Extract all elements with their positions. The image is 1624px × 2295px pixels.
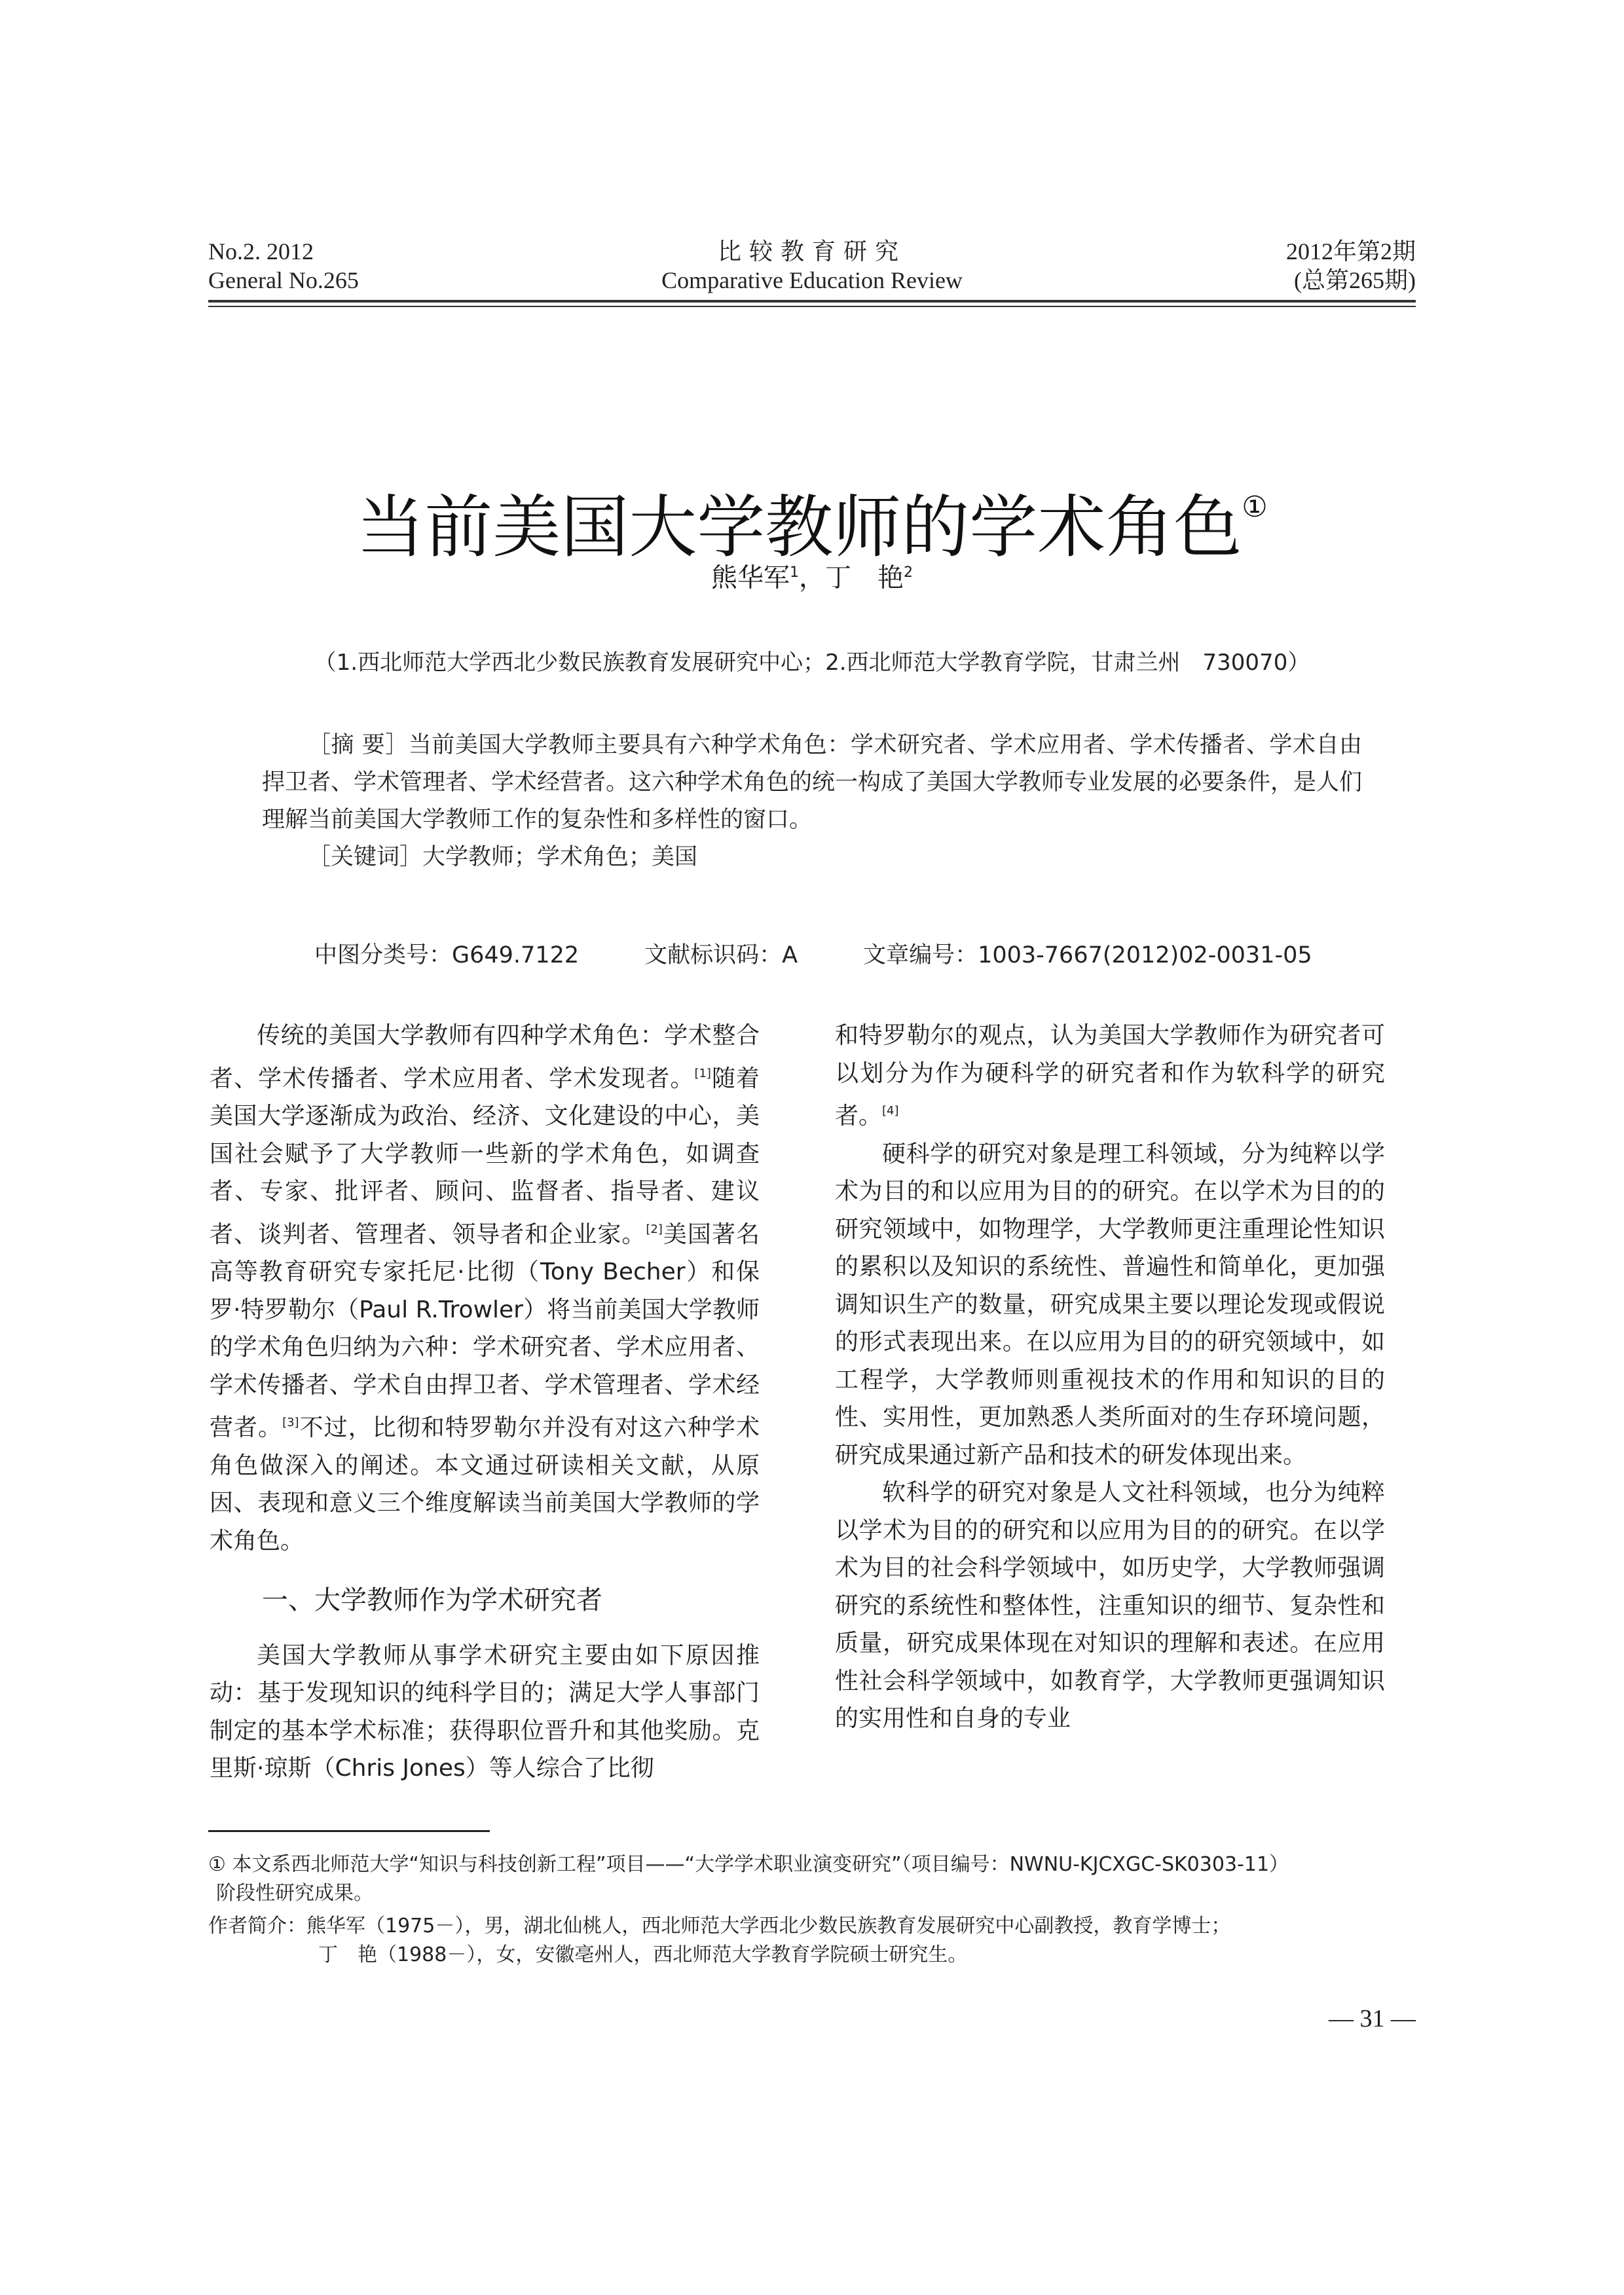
intro-paragraph: 传统的美国大学教师有四种学术角色：学术整合者、学术传播者、学术应用者、学术发现者… [210,1017,760,1560]
citation-ref: [2] [646,1222,663,1236]
abstract: ［摘 要］当前美国大学教师主要具有六种学术角色：学术研究者、学术应用者、学术传播… [262,727,1362,839]
keywords-text: 大学教师；学术角色；美国 [422,844,697,870]
abstract-label: ［摘 要］ [308,732,409,758]
article-number: 文章编号：1003-7667(2012)02-0031-05 [863,942,1312,968]
document-code: 文献标识码：A [644,942,798,968]
affiliation-mark: 2 [904,564,913,581]
section-heading: 一、大学教师作为学术研究者 [210,1582,760,1620]
clc-number: 中图分类号：G649.7122 [314,942,579,968]
footnote-rule [208,1830,490,1832]
body-paragraph: 美国大学教师从事学术研究主要由如下原因推动：基于发现知识的纯科学目的；满足大学人… [210,1637,760,1788]
abstract-text: 当前美国大学教师主要具有六种学术角色：学术研究者、学术应用者、学术传播者、学术自… [262,732,1362,833]
body-column-left: 传统的美国大学教师有四种学术角色：学术整合者、学术传播者、学术应用者、学术发现者… [210,1017,760,1788]
body-column-right: 和特罗勒尔的观点，认为美国大学教师作为研究者可以划分为作为硬科学的研究者和作为软… [835,1017,1385,1738]
citation-ref: [3] [282,1416,299,1429]
body-paragraph: 硬科学的研究对象是理工科领域，分为纯粹以学术为目的和以应用为目的的研究。在以学术… [835,1135,1385,1475]
keywords: ［关键词］大学教师；学术角色；美国 [262,839,1362,876]
author-name: 熊华军 [711,562,790,593]
author-list: 熊华军1，丁 艳2 [0,557,1624,594]
article-title: 当前美国大学教师的学术角色① [0,465,1624,570]
title-footnote-mark: ① [1242,490,1267,524]
total-issue-cn: (总第265期) [1286,266,1416,295]
author-bio-label: 作者简介： [208,1915,306,1937]
citation-ref: [1] [694,1067,711,1080]
affiliation-mark: 1 [790,564,799,581]
abstract-block: ［摘 要］当前美国大学教师主要具有六种学术角色：学术研究者、学术应用者、学术传播… [262,727,1362,876]
author-bio: 作者简介：熊华军（1975－），男，湖北仙桃人，西北师范大学西北少数民族教育发展… [208,1912,1426,1970]
citation-ref: [4] [882,1104,899,1118]
author-separator: ， [799,562,825,593]
journal-issue-cn: 2012年第2期 (总第265期) [1286,237,1416,295]
keywords-label: ［关键词］ [308,844,422,870]
funding-footnote: ① 本文系西北师范大学“知识与科技创新工程”项目——“大学学术职业演变研究”（项… [208,1850,1426,1908]
classification-line: 中图分类号：G649.7122文献标识码：A文章编号：1003-7667(201… [314,940,1378,970]
author-name: 丁 艳 [825,562,904,593]
header-rule-thin [208,306,1416,307]
issue-cn: 2012年第2期 [1286,237,1416,266]
body-paragraph-continued: 和特罗勒尔的观点，认为美国大学教师作为研究者可以划分为作为硬科学的研究者和作为软… [835,1017,1385,1135]
affiliations: （1.西北师范大学西北少数民族教育发展研究中心；2.西北师范大学教育学院，甘肃兰… [0,648,1624,677]
footnotes: ① 本文系西北师范大学“知识与科技创新工程”项目——“大学学术职业演变研究”（项… [208,1850,1426,1974]
page-number: — 31 — [1329,2004,1416,2034]
body-paragraph: 软科学的研究对象是人文社科领域，也分为纯粹以学术为目的的研究和以应用为目的的研究… [835,1474,1385,1738]
header-rule-thick [208,300,1416,303]
